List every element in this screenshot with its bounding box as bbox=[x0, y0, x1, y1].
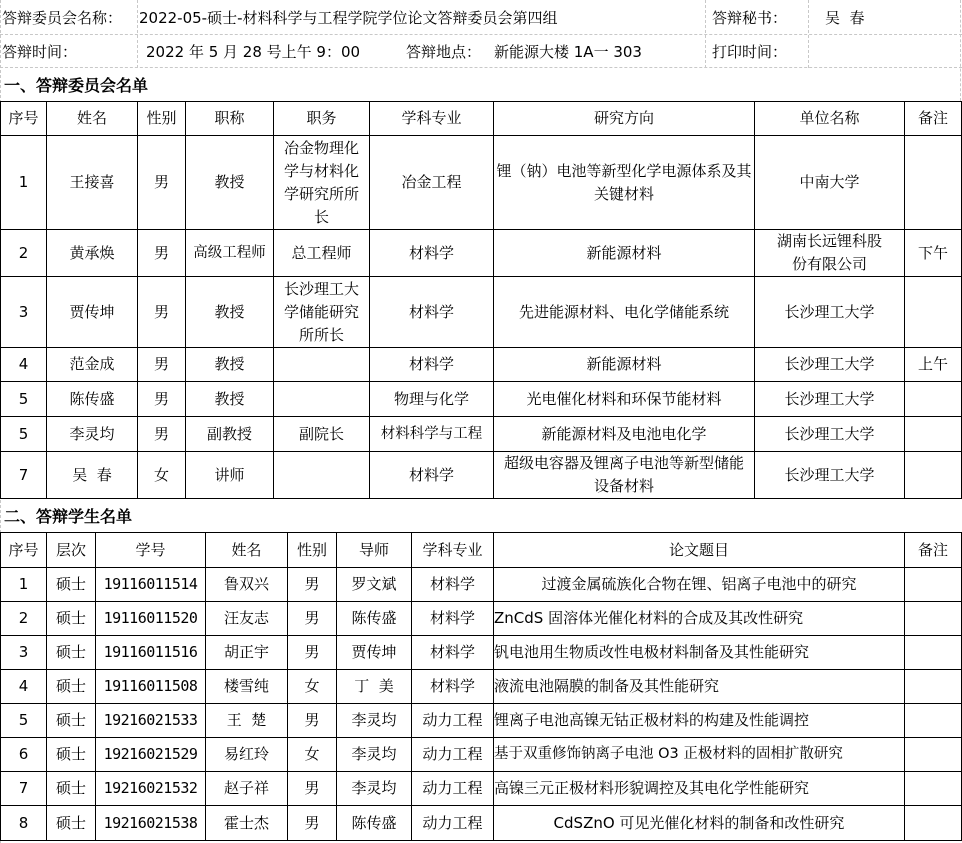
cell-thesis: CdSZnO 可见光催化材料的制备和改性研究 bbox=[494, 806, 905, 841]
cell-note bbox=[905, 568, 962, 602]
cell-name: 赵子祥 bbox=[206, 772, 288, 806]
cell-note bbox=[905, 452, 962, 499]
cell-advisor: 陈传盛 bbox=[337, 602, 412, 636]
cell-student-id: 19216021532 bbox=[96, 772, 206, 806]
cell-thesis: 锂离子电池高镍无钴正极材料的构建及性能调控 bbox=[494, 704, 905, 738]
cell-no: 4 bbox=[1, 670, 47, 704]
cell-note bbox=[905, 772, 962, 806]
cell-student-id: 19216021529 bbox=[96, 738, 206, 772]
committee-row: 3 贾传坤 男 教授 长沙理工大学储能研究所所长 材料学 先进能源材料、电化学储… bbox=[1, 277, 962, 348]
col-header-position: 职务 bbox=[274, 102, 370, 136]
cell-no: 2 bbox=[1, 602, 47, 636]
cell-unit: 长沙理工大学 bbox=[755, 452, 905, 499]
cell-note bbox=[905, 277, 962, 348]
cell-gender: 男 bbox=[138, 382, 186, 417]
cell-no: 3 bbox=[1, 277, 47, 348]
cell-unit: 中南大学 bbox=[755, 136, 905, 230]
cell-unit: 长沙理工大学 bbox=[755, 417, 905, 452]
secretary-label: 答辩秘书： bbox=[712, 0, 807, 34]
student-row: 8 硕士 19216021538 霍士杰 男 陈传盛 动力工程 CdSZnO 可… bbox=[1, 806, 962, 841]
cell-gender: 女 bbox=[288, 670, 337, 704]
cell-note bbox=[905, 738, 962, 772]
committee-table: 序号 姓名 性别 职称 职务 学科专业 研究方向 单位名称 备注 1 王接喜 男… bbox=[0, 101, 962, 499]
cell-advisor: 李灵均 bbox=[337, 704, 412, 738]
time-value: 2022 年 5 月 28 号上午 9：00 bbox=[146, 35, 396, 67]
cell-research: 新能源材料 bbox=[494, 348, 755, 382]
cell-note bbox=[905, 602, 962, 636]
col-header-advisor: 导师 bbox=[337, 533, 412, 568]
cell-gender: 女 bbox=[138, 452, 186, 499]
col-header-title: 职称 bbox=[186, 102, 274, 136]
cell-position: 副院长 bbox=[274, 417, 370, 452]
cell-thesis: 基于双重修饰钠离子电池 O3 正极材料的固相扩散研究 bbox=[494, 738, 905, 772]
grid-line bbox=[808, 0, 809, 68]
cell-level: 硕士 bbox=[47, 636, 96, 670]
cell-advisor: 贾传坤 bbox=[337, 636, 412, 670]
cell-research: 光电催化材料和环保节能材料 bbox=[494, 382, 755, 417]
cell-major: 动力工程 bbox=[412, 772, 494, 806]
cell-advisor: 李灵均 bbox=[337, 772, 412, 806]
cell-student-id: 19116011514 bbox=[96, 568, 206, 602]
cell-research: 超级电容器及锂离子电池等新型储能设备材料 bbox=[494, 452, 755, 499]
cell-position bbox=[274, 452, 370, 499]
cell-name: 王接喜 bbox=[47, 136, 138, 230]
print-time-label: 打印时间： bbox=[712, 35, 807, 67]
cell-name: 汪友志 bbox=[206, 602, 288, 636]
cell-student-id: 19216021533 bbox=[96, 704, 206, 738]
students-section-title: 二、答辩学生名单 bbox=[4, 499, 132, 531]
cell-thesis: 高镍三元正极材料形貌调控及其电化学性能研究 bbox=[494, 772, 905, 806]
cell-level: 硕士 bbox=[47, 738, 96, 772]
cell-position: 长沙理工大学储能研究所所长 bbox=[274, 277, 370, 348]
cell-gender: 男 bbox=[288, 772, 337, 806]
cell-note bbox=[905, 417, 962, 452]
col-header-gender: 性别 bbox=[288, 533, 337, 568]
cell-gender: 男 bbox=[138, 417, 186, 452]
cell-level: 硕士 bbox=[47, 704, 96, 738]
col-header-major: 学科专业 bbox=[412, 533, 494, 568]
cell-name: 鲁双兴 bbox=[206, 568, 288, 602]
cell-advisor: 罗文斌 bbox=[337, 568, 412, 602]
students-table: 序号 层次 学号 姓名 性别 导师 学科专业 论文题目 备注 1 硕士 1911… bbox=[0, 532, 962, 841]
cell-research: 先进能源材料、电化学储能系统 bbox=[494, 277, 755, 348]
cell-student-id: 19116011508 bbox=[96, 670, 206, 704]
cell-title: 讲师 bbox=[186, 452, 274, 499]
committee-row: 4 范金成 男 教授 材料学 新能源材料 长沙理工大学 上午 bbox=[1, 348, 962, 382]
grid-line bbox=[137, 0, 138, 68]
student-row: 6 硕士 19216021529 易红玲 女 李灵均 动力工程 基于双重修饰钠离… bbox=[1, 738, 962, 772]
cell-gender: 男 bbox=[288, 806, 337, 841]
cell-position: 总工程师 bbox=[274, 230, 370, 277]
cell-major: 动力工程 bbox=[412, 738, 494, 772]
student-row: 3 硕士 19116011516 胡正宇 男 贾传坤 材料学 钒电池用生物质改性… bbox=[1, 636, 962, 670]
committee-row: 7 吴 春 女 讲师 材料学 超级电容器及锂离子电池等新型储能设备材料 长沙理工… bbox=[1, 452, 962, 499]
cell-unit: 湖南长远锂科股份有限公司 bbox=[755, 230, 905, 277]
cell-thesis: 钒电池用生物质改性电极材料制备及其性能研究 bbox=[494, 636, 905, 670]
cell-thesis: ZnCdS 固溶体光催化材料的合成及其改性研究 bbox=[494, 602, 905, 636]
location-value: 新能源大楼 1A一 303 bbox=[494, 35, 704, 67]
cell-position bbox=[274, 348, 370, 382]
col-header-unit: 单位名称 bbox=[755, 102, 905, 136]
cell-note: 上午 bbox=[905, 348, 962, 382]
col-header-thesis: 论文题目 bbox=[494, 533, 905, 568]
cell-no: 5 bbox=[1, 704, 47, 738]
cell-unit: 长沙理工大学 bbox=[755, 382, 905, 417]
cell-level: 硕士 bbox=[47, 806, 96, 841]
cell-name: 吴 春 bbox=[47, 452, 138, 499]
cell-name: 贾传坤 bbox=[47, 277, 138, 348]
cell-gender: 男 bbox=[288, 704, 337, 738]
cell-name: 黄承焕 bbox=[47, 230, 138, 277]
cell-advisor: 丁 美 bbox=[337, 670, 412, 704]
cell-gender: 男 bbox=[138, 230, 186, 277]
cell-gender: 男 bbox=[138, 277, 186, 348]
student-row: 1 硕士 19116011514 鲁双兴 男 罗文斌 材料学 过渡金属硫族化合物… bbox=[1, 568, 962, 602]
cell-unit: 长沙理工大学 bbox=[755, 348, 905, 382]
cell-unit: 长沙理工大学 bbox=[755, 277, 905, 348]
cell-no: 5 bbox=[1, 417, 47, 452]
cell-major: 材料学 bbox=[370, 452, 494, 499]
cell-gender: 男 bbox=[138, 136, 186, 230]
cell-no: 2 bbox=[1, 230, 47, 277]
students-header-row: 序号 层次 学号 姓名 性别 导师 学科专业 论文题目 备注 bbox=[1, 533, 962, 568]
grid-line bbox=[705, 0, 706, 68]
cell-gender: 女 bbox=[288, 738, 337, 772]
cell-major: 材料学 bbox=[370, 277, 494, 348]
cell-major: 动力工程 bbox=[412, 704, 494, 738]
time-label: 答辩时间： bbox=[2, 35, 137, 67]
student-row: 4 硕士 19116011508 楼雪纯 女 丁 美 材料学 液流电池隔膜的制备… bbox=[1, 670, 962, 704]
cell-name: 范金成 bbox=[47, 348, 138, 382]
student-row: 7 硕士 19216021532 赵子祥 男 李灵均 动力工程 高镍三元正极材料… bbox=[1, 772, 962, 806]
cell-major: 材料学 bbox=[412, 670, 494, 704]
cell-name: 李灵均 bbox=[47, 417, 138, 452]
cell-title: 教授 bbox=[186, 277, 274, 348]
cell-major: 动力工程 bbox=[412, 806, 494, 841]
cell-major: 材料学 bbox=[412, 636, 494, 670]
cell-level: 硕士 bbox=[47, 568, 96, 602]
cell-no: 4 bbox=[1, 348, 47, 382]
student-row: 2 硕士 19116011520 汪友志 男 陈传盛 材料学 ZnCdS 固溶体… bbox=[1, 602, 962, 636]
cell-advisor: 李灵均 bbox=[337, 738, 412, 772]
cell-name: 霍士杰 bbox=[206, 806, 288, 841]
location-label: 答辩地点： bbox=[406, 35, 491, 67]
cell-no: 1 bbox=[1, 568, 47, 602]
committee-row: 1 王接喜 男 教授 冶金物理化学与材料化学研究所所长 冶金工程 锂（钠）电池等… bbox=[1, 136, 962, 230]
cell-note: 下午 bbox=[905, 230, 962, 277]
cell-major: 材料科学与工程 bbox=[370, 417, 494, 452]
cell-thesis: 液流电池隔膜的制备及其性能研究 bbox=[494, 670, 905, 704]
committee-name-value: 2022-05-硕士-材料科学与工程学院学位论文答辩委员会第四组 bbox=[139, 0, 704, 34]
print-time-value bbox=[825, 35, 955, 67]
secretary-value: 吴 春 bbox=[825, 0, 955, 34]
cell-note bbox=[905, 136, 962, 230]
committee-row: 5 陈传盛 男 教授 物理与化学 光电催化材料和环保节能材料 长沙理工大学 bbox=[1, 382, 962, 417]
cell-no: 6 bbox=[1, 738, 47, 772]
col-header-no: 序号 bbox=[1, 102, 47, 136]
cell-name: 楼雪纯 bbox=[206, 670, 288, 704]
cell-research: 新能源材料及电池电化学 bbox=[494, 417, 755, 452]
cell-thesis: 过渡金属硫族化合物在锂、铝离子电池中的研究 bbox=[494, 568, 905, 602]
cell-student-id: 19116011516 bbox=[96, 636, 206, 670]
cell-level: 硕士 bbox=[47, 670, 96, 704]
col-header-no: 序号 bbox=[1, 533, 47, 568]
cell-major: 物理与化学 bbox=[370, 382, 494, 417]
cell-name: 陈传盛 bbox=[47, 382, 138, 417]
cell-no: 8 bbox=[1, 806, 47, 841]
cell-note bbox=[905, 806, 962, 841]
cell-title: 教授 bbox=[186, 382, 274, 417]
col-header-note: 备注 bbox=[905, 533, 962, 568]
cell-major: 材料学 bbox=[412, 602, 494, 636]
cell-no: 3 bbox=[1, 636, 47, 670]
cell-position: 冶金物理化学与材料化学研究所所长 bbox=[274, 136, 370, 230]
cell-no: 5 bbox=[1, 382, 47, 417]
cell-no: 7 bbox=[1, 452, 47, 499]
cell-gender: 男 bbox=[288, 636, 337, 670]
col-header-name: 姓名 bbox=[47, 102, 138, 136]
col-header-research: 研究方向 bbox=[494, 102, 755, 136]
cell-title: 教授 bbox=[186, 348, 274, 382]
cell-student-id: 19216021538 bbox=[96, 806, 206, 841]
committee-section-title: 一、答辩委员会名单 bbox=[4, 68, 148, 101]
cell-no: 7 bbox=[1, 772, 47, 806]
cell-advisor: 陈传盛 bbox=[337, 806, 412, 841]
cell-name: 易红玲 bbox=[206, 738, 288, 772]
col-header-name: 姓名 bbox=[206, 533, 288, 568]
grid-line bbox=[960, 0, 961, 101]
cell-no: 1 bbox=[1, 136, 47, 230]
col-header-student-id: 学号 bbox=[96, 533, 206, 568]
info-row-time: 答辩时间： 2022 年 5 月 28 号上午 9：00 答辩地点： 新能源大楼… bbox=[0, 35, 962, 68]
cell-gender: 男 bbox=[288, 568, 337, 602]
cell-major: 材料学 bbox=[370, 348, 494, 382]
cell-note bbox=[905, 636, 962, 670]
cell-major: 材料学 bbox=[370, 230, 494, 277]
committee-row: 2 黄承焕 男 高级工程师 总工程师 材料学 新能源材料 湖南长远锂科股份有限公… bbox=[1, 230, 962, 277]
committee-row: 5 李灵均 男 副教授 副院长 材料科学与工程 新能源材料及电池电化学 长沙理工… bbox=[1, 417, 962, 452]
cell-gender: 男 bbox=[288, 602, 337, 636]
col-header-gender: 性别 bbox=[138, 102, 186, 136]
cell-gender: 男 bbox=[138, 348, 186, 382]
cell-level: 硕士 bbox=[47, 772, 96, 806]
cell-level: 硕士 bbox=[47, 602, 96, 636]
col-header-level: 层次 bbox=[47, 533, 96, 568]
cell-research: 新能源材料 bbox=[494, 230, 755, 277]
col-header-note: 备注 bbox=[905, 102, 962, 136]
cell-note bbox=[905, 670, 962, 704]
committee-name-label: 答辩委员会名称： bbox=[2, 0, 137, 34]
cell-student-id: 19116011520 bbox=[96, 602, 206, 636]
student-row: 5 硕士 19216021533 王 楚 男 李灵均 动力工程 锂离子电池高镍无… bbox=[1, 704, 962, 738]
cell-major: 材料学 bbox=[412, 568, 494, 602]
cell-research: 锂（钠）电池等新型化学电源体系及其关键材料 bbox=[494, 136, 755, 230]
cell-major: 冶金工程 bbox=[370, 136, 494, 230]
cell-position bbox=[274, 382, 370, 417]
info-row-committee: 答辩委员会名称： 2022-05-硕士-材料科学与工程学院学位论文答辩委员会第四… bbox=[0, 0, 962, 35]
cell-title: 副教授 bbox=[186, 417, 274, 452]
cell-note bbox=[905, 704, 962, 738]
committee-header-row: 序号 姓名 性别 职称 职务 学科专业 研究方向 单位名称 备注 bbox=[1, 102, 962, 136]
cell-title: 高级工程师 bbox=[186, 230, 274, 277]
cell-name: 王 楚 bbox=[206, 704, 288, 738]
cell-title: 教授 bbox=[186, 136, 274, 230]
cell-note bbox=[905, 382, 962, 417]
cell-name: 胡正宇 bbox=[206, 636, 288, 670]
col-header-major: 学科专业 bbox=[370, 102, 494, 136]
